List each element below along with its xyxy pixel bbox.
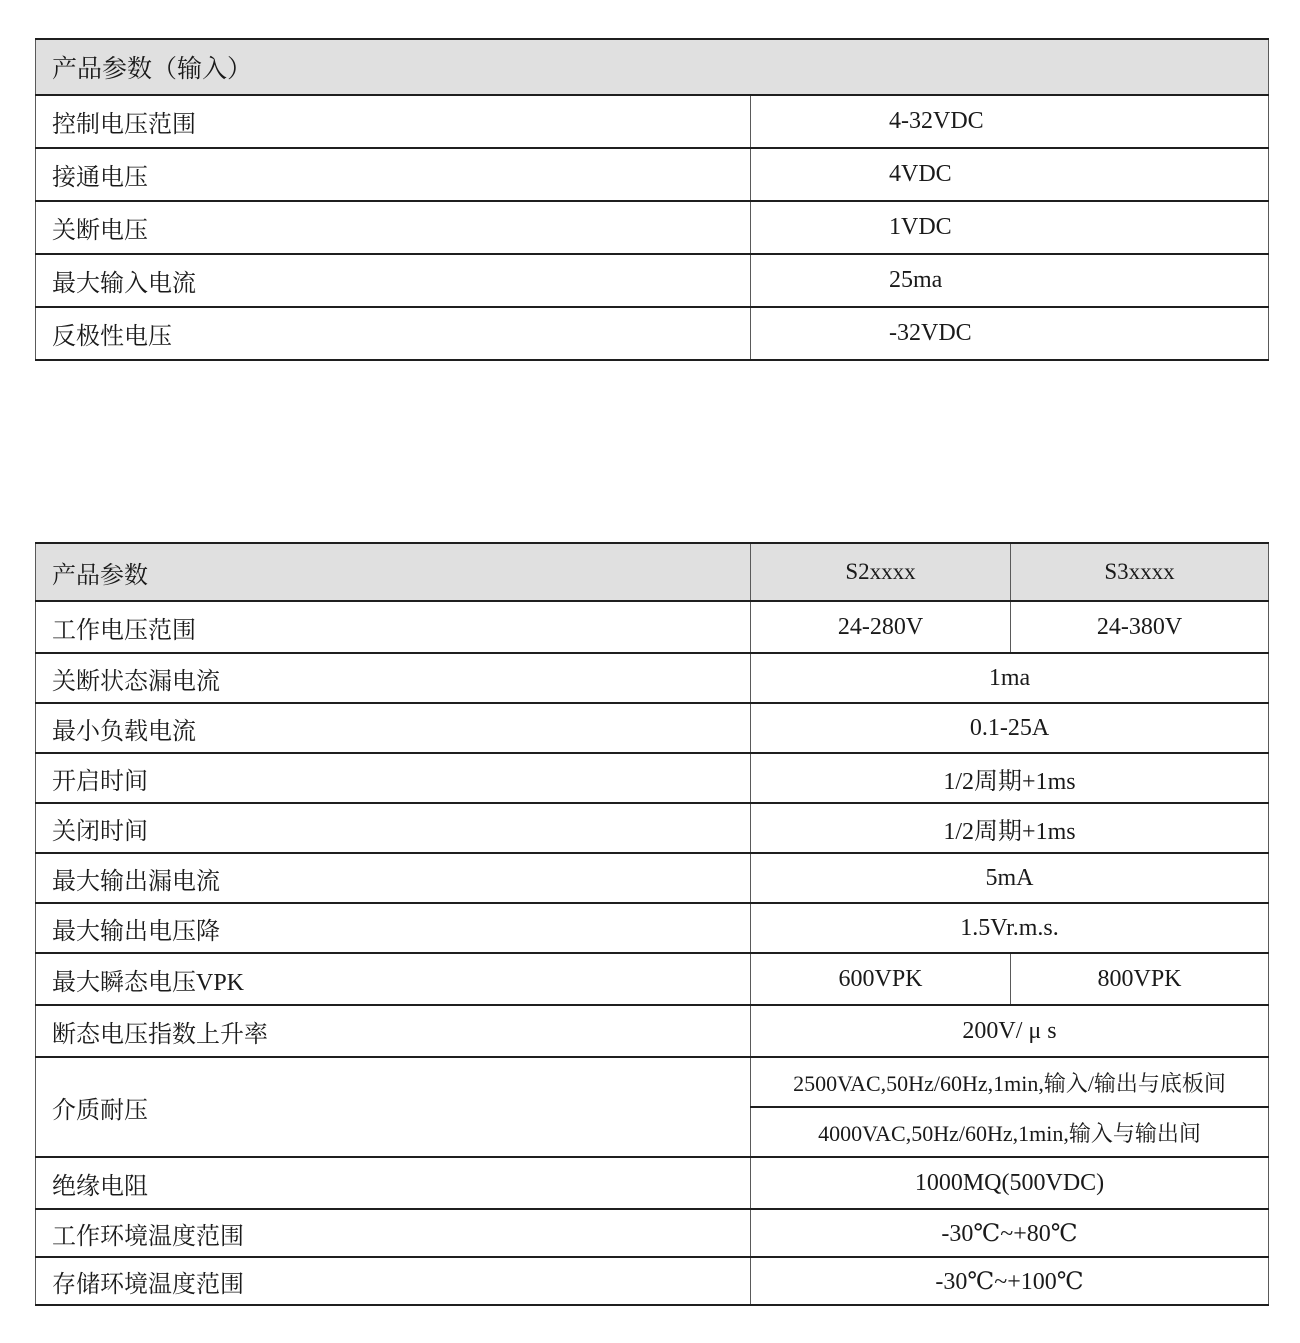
param-value: 5mA [751,853,1269,903]
input-parameters-table: 产品参数（输入） 控制电压范围 4-32VDC 接通电压 4VDC 关断电压 1… [35,38,1269,361]
table-row: 最大输出漏电流 5mA [36,853,1269,903]
table-row: 最大瞬态电压VPK 600VPK 800VPK [36,953,1269,1005]
table1-header-row: 产品参数（输入） [36,39,1269,95]
param-value: 1.5Vr.m.s. [751,903,1269,953]
param-value-s2: 24-280V [751,601,1011,653]
param-label: 最大输入电流 [36,254,751,307]
param-label: 断态电压指数上升率 [36,1005,751,1057]
table-row: 关闭时间 1/2周期+1ms [36,803,1269,853]
table2-header-row: 产品参数 S2xxxx S3xxxx [36,543,1269,601]
table1-title: 产品参数（输入） [36,39,1269,95]
table-row: 关断状态漏电流 1ma [36,653,1269,703]
param-value: -30℃~+100℃ [751,1257,1269,1305]
param-label: 介质耐压 [36,1057,751,1157]
param-value-line1: 2500VAC,50Hz/60Hz,1min,输入/输出与底板间 [751,1057,1269,1107]
param-label: 关断电压 [36,201,751,254]
output-parameters-table: 产品参数 S2xxxx S3xxxx 工作电压范围 24-280V 24-380… [35,542,1269,1306]
table-row: 工作环境温度范围 -30℃~+80℃ [36,1209,1269,1257]
spec-sheet-page: 产品参数（输入） 控制电压范围 4-32VDC 接通电压 4VDC 关断电压 1… [0,0,1300,1343]
table-row: 介质耐压 2500VAC,50Hz/60Hz,1min,输入/输出与底板间 [36,1057,1269,1107]
param-label: 控制电压范围 [36,95,751,148]
column-header-s2: S2xxxx [751,543,1011,601]
table-row: 控制电压范围 4-32VDC [36,95,1269,148]
param-value-line2: 4000VAC,50Hz/60Hz,1min,输入与输出间 [751,1107,1269,1157]
param-value: -30℃~+80℃ [751,1209,1269,1257]
param-label: 最大瞬态电压VPK [36,953,751,1005]
param-label: 最小负载电流 [36,703,751,753]
param-value: 1/2周期+1ms [751,753,1269,803]
param-value: 1/2周期+1ms [751,803,1269,853]
param-label: 反极性电压 [36,307,751,360]
table-row: 最大输出电压降 1.5Vr.m.s. [36,903,1269,953]
param-value-s3: 800VPK [1011,953,1269,1005]
param-label: 存储环境温度范围 [36,1257,751,1305]
param-value: 1ma [751,653,1269,703]
param-value: 4VDC [751,148,1269,201]
param-value: 25ma [751,254,1269,307]
table-row: 接通电压 4VDC [36,148,1269,201]
param-value: 1000MQ(500VDC) [751,1157,1269,1209]
param-label: 开启时间 [36,753,751,803]
table-row: 最小负载电流 0.1-25A [36,703,1269,753]
table-row: 反极性电压 -32VDC [36,307,1269,360]
table-row: 最大输入电流 25ma [36,254,1269,307]
param-label: 接通电压 [36,148,751,201]
table-row: 开启时间 1/2周期+1ms [36,753,1269,803]
param-value: 1VDC [751,201,1269,254]
param-value: 0.1-25A [751,703,1269,753]
param-label: 最大输出漏电流 [36,853,751,903]
param-value: 200V/ μ s [751,1005,1269,1057]
table-row: 绝缘电阻 1000MQ(500VDC) [36,1157,1269,1209]
param-value: -32VDC [751,307,1269,360]
param-label: 关断状态漏电流 [36,653,751,703]
table-row: 工作电压范围 24-280V 24-380V [36,601,1269,653]
param-label: 工作环境温度范围 [36,1209,751,1257]
table2-title: 产品参数 [36,543,751,601]
param-value: 4-32VDC [751,95,1269,148]
param-label: 绝缘电阻 [36,1157,751,1209]
table-row: 存储环境温度范围 -30℃~+100℃ [36,1257,1269,1305]
table-row: 断态电压指数上升率 200V/ μ s [36,1005,1269,1057]
param-value-s3: 24-380V [1011,601,1269,653]
column-header-s3: S3xxxx [1011,543,1269,601]
param-label: 最大输出电压降 [36,903,751,953]
param-label: 关闭时间 [36,803,751,853]
param-label: 工作电压范围 [36,601,751,653]
param-value-s2: 600VPK [751,953,1011,1005]
table-row: 关断电压 1VDC [36,201,1269,254]
